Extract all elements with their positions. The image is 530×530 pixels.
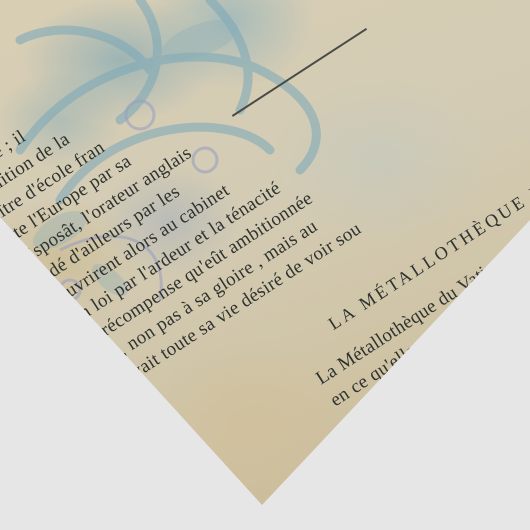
scene: importa décidée ; il l'abolition de la m…	[0, 0, 530, 530]
paper-sheet: importa décidée ; il l'abolition de la m…	[0, 0, 530, 530]
printed-text: importa décidée ; il l'abolition de la m…	[0, 0, 530, 522]
